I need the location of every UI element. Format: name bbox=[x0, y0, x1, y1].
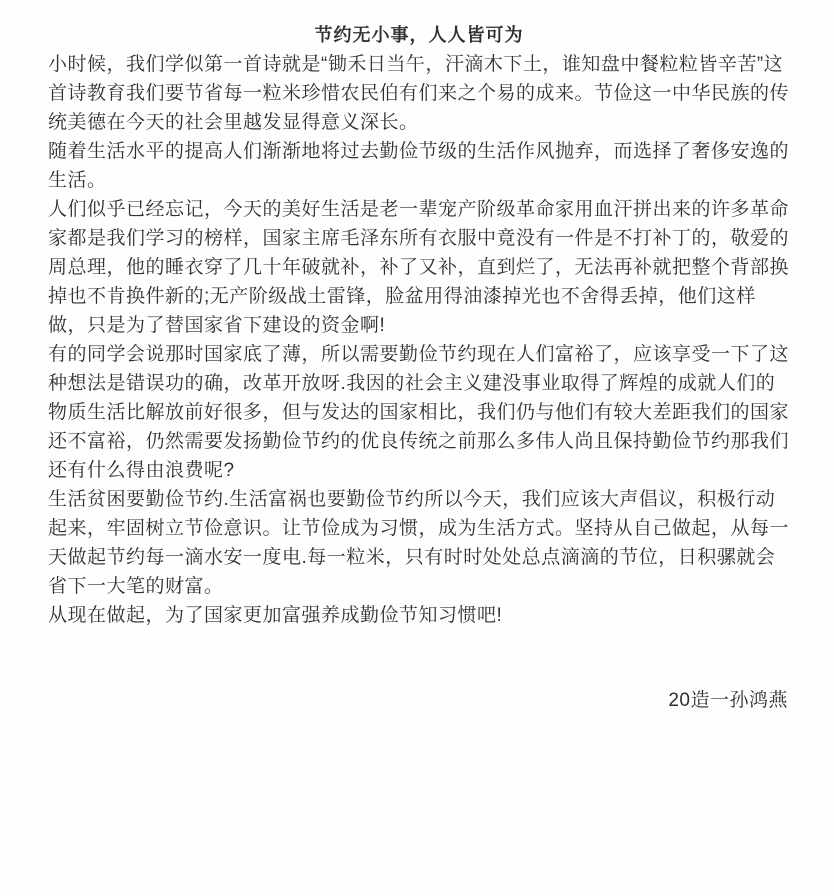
essay-paragraph-5: 生活贫困要勤俭节约.生活富祸也要勤俭节约所以今天，我们应该大声倡议，积极行动起来… bbox=[48, 485, 790, 601]
essay-paragraph-3: 人们似乎已经忘记，今天的美好生活是老一辈宠产阶级革命家用血汗拼出来的许多革命家都… bbox=[48, 195, 790, 340]
signature-row: 20造一孙鸿燕 bbox=[48, 686, 790, 715]
essay-document-page: 节约无小事，人人皆可为 小时候，我们学似第一首诗就是“锄禾日当午，汗滴木下土，谁… bbox=[0, 0, 834, 896]
essay-paragraph-4: 有的同学会说那时国家底了薄，所以需要勤俭节约现在人们富裕了，应该享受一下了这种想… bbox=[48, 340, 790, 485]
essay-title: 节约无小事，人人皆可为 bbox=[48, 20, 790, 50]
essay-paragraph-6: 从现在做起，为了国家更加富强养成勤俭节知习惯吧! bbox=[48, 601, 790, 630]
essay-paragraph-1: 小时候，我们学似第一首诗就是“锄禾日当午，汗滴木下土，谁知盘中餐粒粒皆辛苦”这首… bbox=[48, 50, 790, 137]
essay-paragraph-2: 随着生活水平的提高人们渐渐地将过去勤俭节级的生活作风抛弃，而选择了奢侈安逸的生活… bbox=[48, 137, 790, 195]
signature: 20造一孙鸿燕 bbox=[668, 690, 788, 711]
